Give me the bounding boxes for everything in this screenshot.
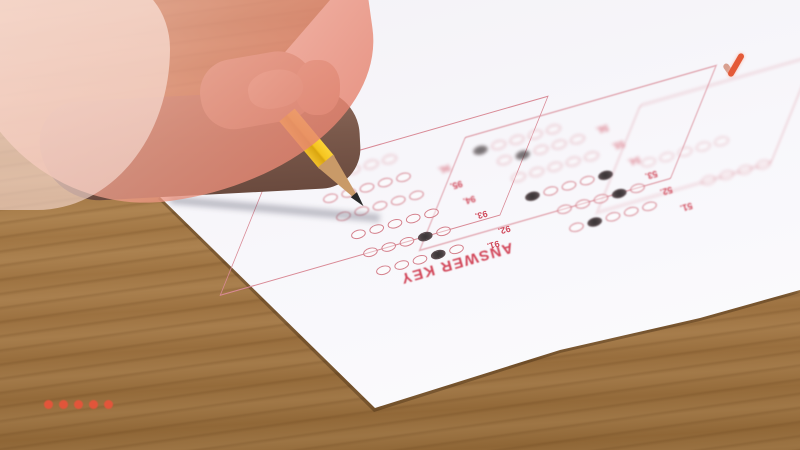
dot — [74, 400, 83, 409]
photo-scene: 91. 92. 93. 94. — [0, 0, 800, 450]
decorative-dots — [44, 400, 113, 409]
dot — [59, 400, 68, 409]
dot — [89, 400, 98, 409]
checkmark-icon — [722, 52, 748, 78]
dot — [44, 400, 53, 409]
checkmark-long-stroke — [727, 52, 745, 78]
dot — [104, 400, 113, 409]
